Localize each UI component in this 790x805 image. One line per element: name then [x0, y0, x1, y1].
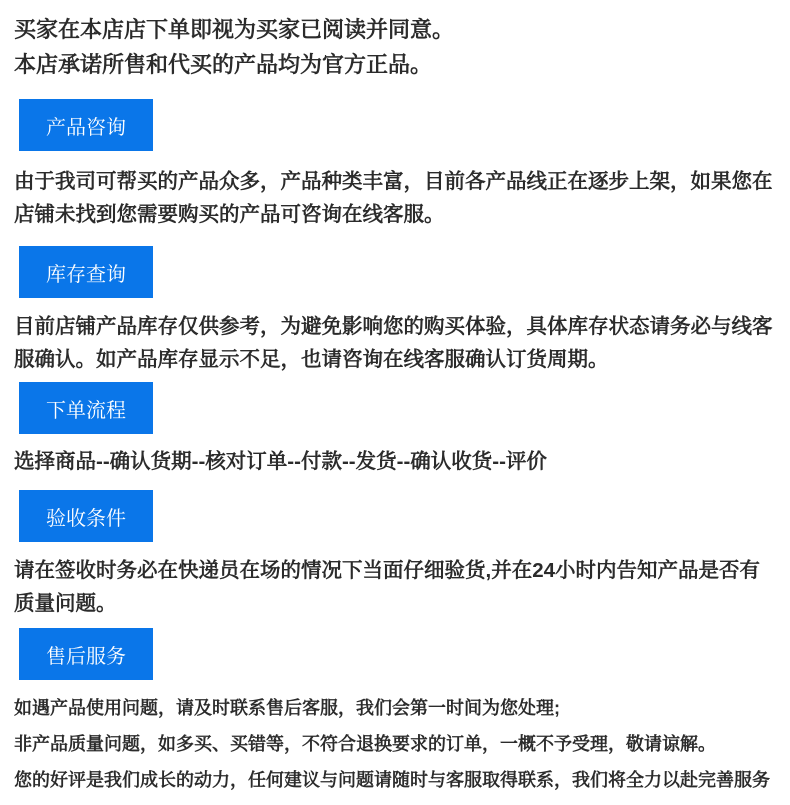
section-badge-after-sales[interactable]: 售后服务 [19, 628, 153, 680]
after-sales-line: 您的好评是我们成长的动力，任何建议与问题请随时与客服取得联系，我们将全力以赴完善… [14, 762, 776, 798]
section-body-stock-query: 目前店铺产品库存仅供参考，为避免影响您的购买体验，具体库存状态请务必与线客服确认… [14, 310, 776, 376]
section-badge-acceptance[interactable]: 验收条件 [19, 490, 153, 542]
section-badge-product-consult[interactable]: 产品咨询 [19, 99, 153, 151]
section-badge-order-process[interactable]: 下单流程 [19, 382, 153, 434]
after-sales-line: 非产品质量问题，如多买、买错等，不符合退换要求的订单，一概不予受理，敬请谅解。 [14, 726, 776, 762]
intro-line-2: 本店承诺所售和代买的产品均为官方正品。 [14, 47, 776, 82]
section-body-order-process: 选择商品--确认货期--核对订单--付款--发货--确认收货--评价 [14, 445, 776, 478]
after-sales-line: 如遇产品使用问题，请及时联系售后客服，我们会第一时间为您处理; [14, 690, 776, 726]
section-body-after-sales: 如遇产品使用问题，请及时联系售后客服，我们会第一时间为您处理; 非产品质量问题，… [14, 690, 776, 798]
store-notice-page: 买家在本店店下单即视为买家已阅读并同意。 本店承诺所售和代买的产品均为官方正品。… [0, 0, 790, 805]
section-body-product-consult: 由于我司可帮买的产品众多，产品种类丰富，目前各产品线正在逐步上架，如果您在店铺未… [14, 165, 776, 231]
section-badge-stock-query[interactable]: 库存查询 [19, 246, 153, 298]
intro-line-1: 买家在本店店下单即视为买家已阅读并同意。 [14, 12, 776, 47]
section-body-acceptance: 请在签收时务必在快递员在场的情况下当面仔细验货,并在24小时内告知产品是否有质量… [14, 554, 776, 620]
